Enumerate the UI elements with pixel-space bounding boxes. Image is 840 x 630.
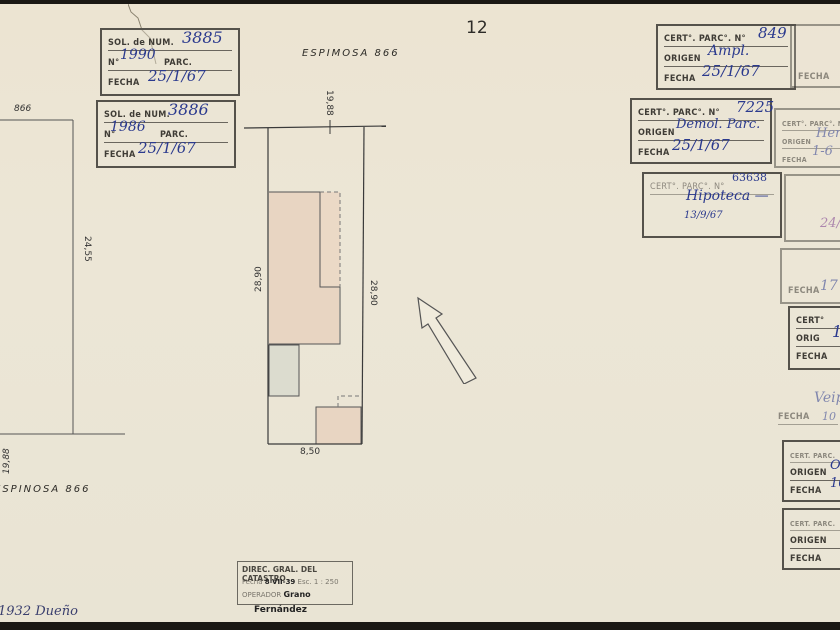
cert-parc-stamp-63638: CERT°. PARC°. N° 63638 Hipoteca — 13/9/6…	[642, 172, 782, 238]
catastro-stamp: DIREC. GRAL. DEL CATASTRO Fecha 8-VII-39…	[237, 561, 353, 605]
catastro-operador-label: OPERADOR	[242, 591, 281, 599]
catastro-escala: Esc. 1 : 250	[298, 578, 339, 586]
cert-parc-stamp-edge-3: FECHA 17	[780, 248, 840, 304]
cert-parc-stamp-edge-2: 24/	[784, 174, 840, 242]
catastro-fecha-label: Fecha	[242, 578, 263, 586]
left-lot-front-number: 866	[14, 104, 31, 114]
catastro-operador-value: Grano	[284, 590, 311, 599]
cadastral-sheet: 12 ESPIMOSA 866 866 24,55 19,88 ESPINOSA…	[0, 4, 840, 622]
left-lot-front-label: 19,88	[2, 448, 12, 474]
cert-parc-stamp-origen-o: CERT. PARC. ORIGEN FECHA O 10	[782, 440, 840, 502]
sol-num-stamp-2: SOL. de NUM. N°PARC. FECHA 3886 1986 25/…	[96, 100, 236, 168]
catastro-fecha-value: 8-VII-39	[265, 578, 296, 586]
cert-parc-stamp-edge-top: FECHA 14	[790, 24, 840, 88]
bottom-left-note: 1932 Dueño	[0, 604, 78, 619]
left-lot-depth-label: 24,55	[82, 236, 92, 262]
cert-parc-stamp-edge-5: FECHA Veip 10	[772, 378, 840, 430]
cert-parc-stamp-blank: CERT. PARC. ORIGEN FECHA	[782, 508, 840, 570]
cert-parc-stamp-7225: CERT°. PARC°. N° ORIGEN FECHA 7225 Demol…	[630, 98, 772, 164]
cert-orig-stamp: CERT° ORIG FECHA 1	[788, 306, 840, 370]
sol-num-stamp-1: SOL. de NUM. N°PARC. FECHA 3885 1990 25/…	[100, 28, 240, 96]
street-label-bottom: ESPINOSA 866	[0, 484, 90, 495]
cert-parc-stamp-849: CERT°. PARC°. N° ORIGEN FECHA 849 Ampl. …	[656, 24, 796, 90]
sheet-number: 12	[466, 18, 488, 38]
parcel-plan	[240, 84, 400, 464]
right-side-dimension: 28,90	[368, 280, 378, 306]
north-arrow-icon	[412, 294, 482, 384]
cert-parc-stamp-hem: CERT°. PARC°. N° ORIGEN FECHA Hem 1-6	[774, 108, 840, 168]
catastro-operador-surname: Fernández	[254, 605, 307, 615]
street-label-top: ESPIMOSA 866	[302, 48, 400, 59]
left-side-dimension: 28,90	[254, 266, 264, 292]
frontage-dimension: 19,88	[324, 90, 334, 116]
back-dimension: 8,50	[300, 447, 320, 457]
